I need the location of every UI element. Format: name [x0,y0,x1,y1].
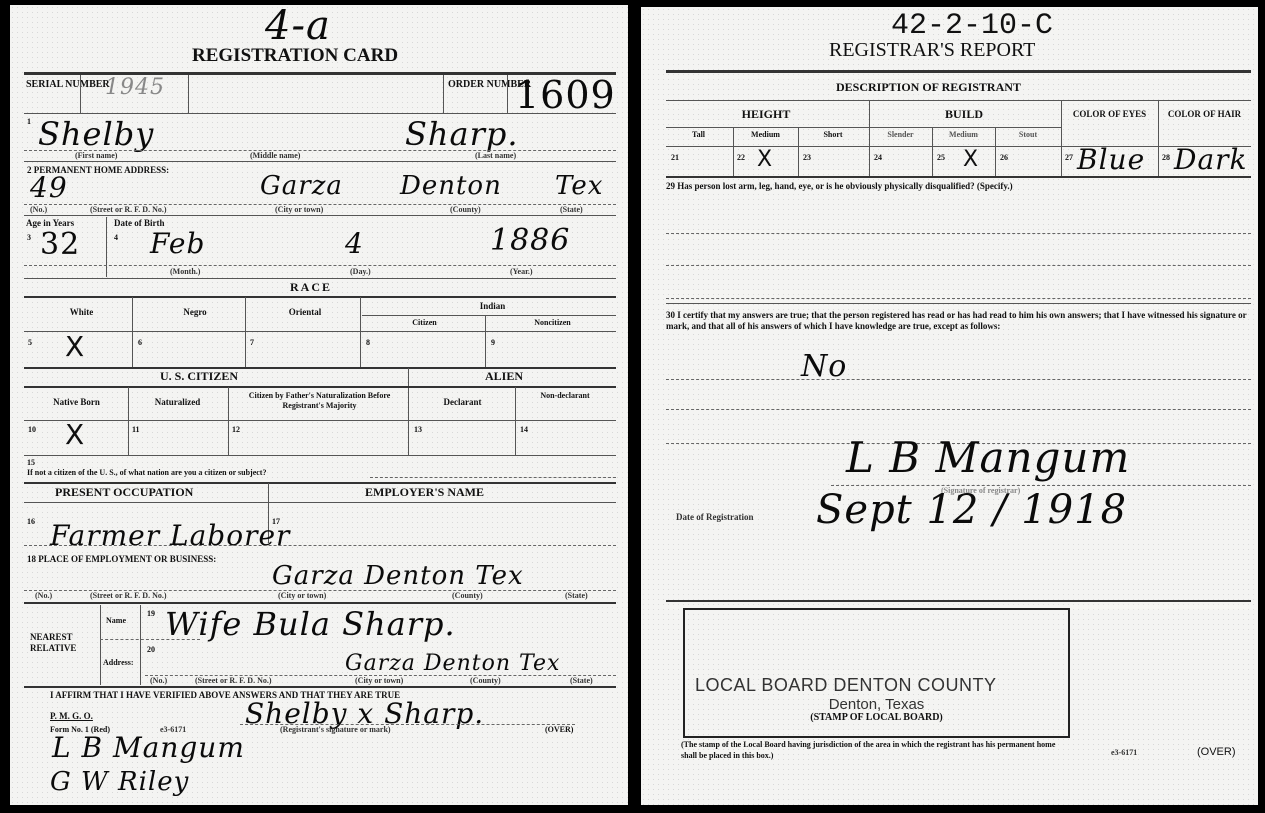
form-code-right: e3-6171 [1111,748,1137,757]
place-of-employment-label: 18 PLACE OF EMPLOYMENT OR BUSINESS: [27,554,216,564]
native-born-mark: X [65,421,84,449]
relative-address: Garza Denton Tex [345,651,560,676]
first-name: Shelby [38,115,154,153]
place-of-employment-value: Garza Denton Tex [272,561,524,591]
class-annotation: 4-a [265,5,331,49]
eye-color: Blue [1077,143,1145,176]
home-address-county: Denton [400,171,502,201]
stamp-note: (The stamp of the Local Board having jur… [681,739,1071,761]
nearest-relative-label: NEAREST RELATIVE [30,632,92,654]
age-value: 32 [40,227,80,262]
description-title: DESCRIPTION OF REGISTRANT [836,80,1021,95]
question-29: 29 Has person lost arm, leg, hand, eye, … [666,180,1251,192]
employer-label: EMPLOYER'S NAME [365,485,484,500]
serial-number-label: SERIAL NUMBER [26,79,76,90]
occupation-value: Farmer Laborer [50,519,290,552]
question-30: 30 I certify that my answers are true; t… [666,310,1251,332]
us-citizen-title: U. S. CITIZEN [160,369,238,384]
dob-year: 1886 [490,223,570,258]
dob-day: 4 [345,227,364,260]
order-number-value: 1609 [515,73,616,117]
registration-card: 4-a REGISTRATION CARD SERIAL NUMBER 1945… [10,5,628,805]
relative-name: Wife Bula Sharp. [165,605,456,643]
height-medium-mark: X [757,149,772,171]
over-label-right: (OVER) [1197,746,1236,758]
witness-signature: G W Riley [50,767,189,797]
date-label: Date of Registration [676,512,753,522]
report-title: REGISTRAR'S REPORT [829,39,1035,62]
order-number-label: ORDER NUMBER [448,79,508,90]
occupation-label: PRESENT OCCUPATION [55,485,193,500]
home-address-city: Garza [260,171,343,201]
registrar-signature: L B Mangum [846,433,1130,482]
race-title: RACE [290,280,332,295]
last-name: Sharp. [405,115,519,153]
build-medium-mark: X [963,149,978,171]
pmgo-label: P. M. G. O. [50,711,93,721]
over-label: (OVER) [545,725,573,734]
card-title: REGISTRATION CARD [192,45,398,67]
registrar-signature-left: L B Mangum [52,731,245,764]
serial-number-value: 1945 [105,75,165,100]
alien-title: ALIEN [485,369,523,384]
stamp-line-1: LOCAL BOARD DENTON COUNTY [695,675,997,696]
nation-question: If not a citizen of the U. S., of what n… [27,468,266,477]
registration-date: Sept 12 / 1918 [816,487,1127,533]
stamp-box: LOCAL BOARD DENTON COUNTY Denton, Texas … [683,608,1070,738]
hair-color: Dark [1174,143,1248,176]
home-address-state: Tex [555,171,603,201]
stamp-line-2: Denton, Texas [685,696,1068,713]
report-code: 42-2-10-C [891,9,1053,43]
dob-month: Feb [150,227,205,260]
race-white-mark: X [65,333,84,361]
home-address-number: 49 [30,171,68,204]
registrars-report-card: 42-2-10-C REGISTRAR'S REPORT DESCRIPTION… [641,7,1258,805]
